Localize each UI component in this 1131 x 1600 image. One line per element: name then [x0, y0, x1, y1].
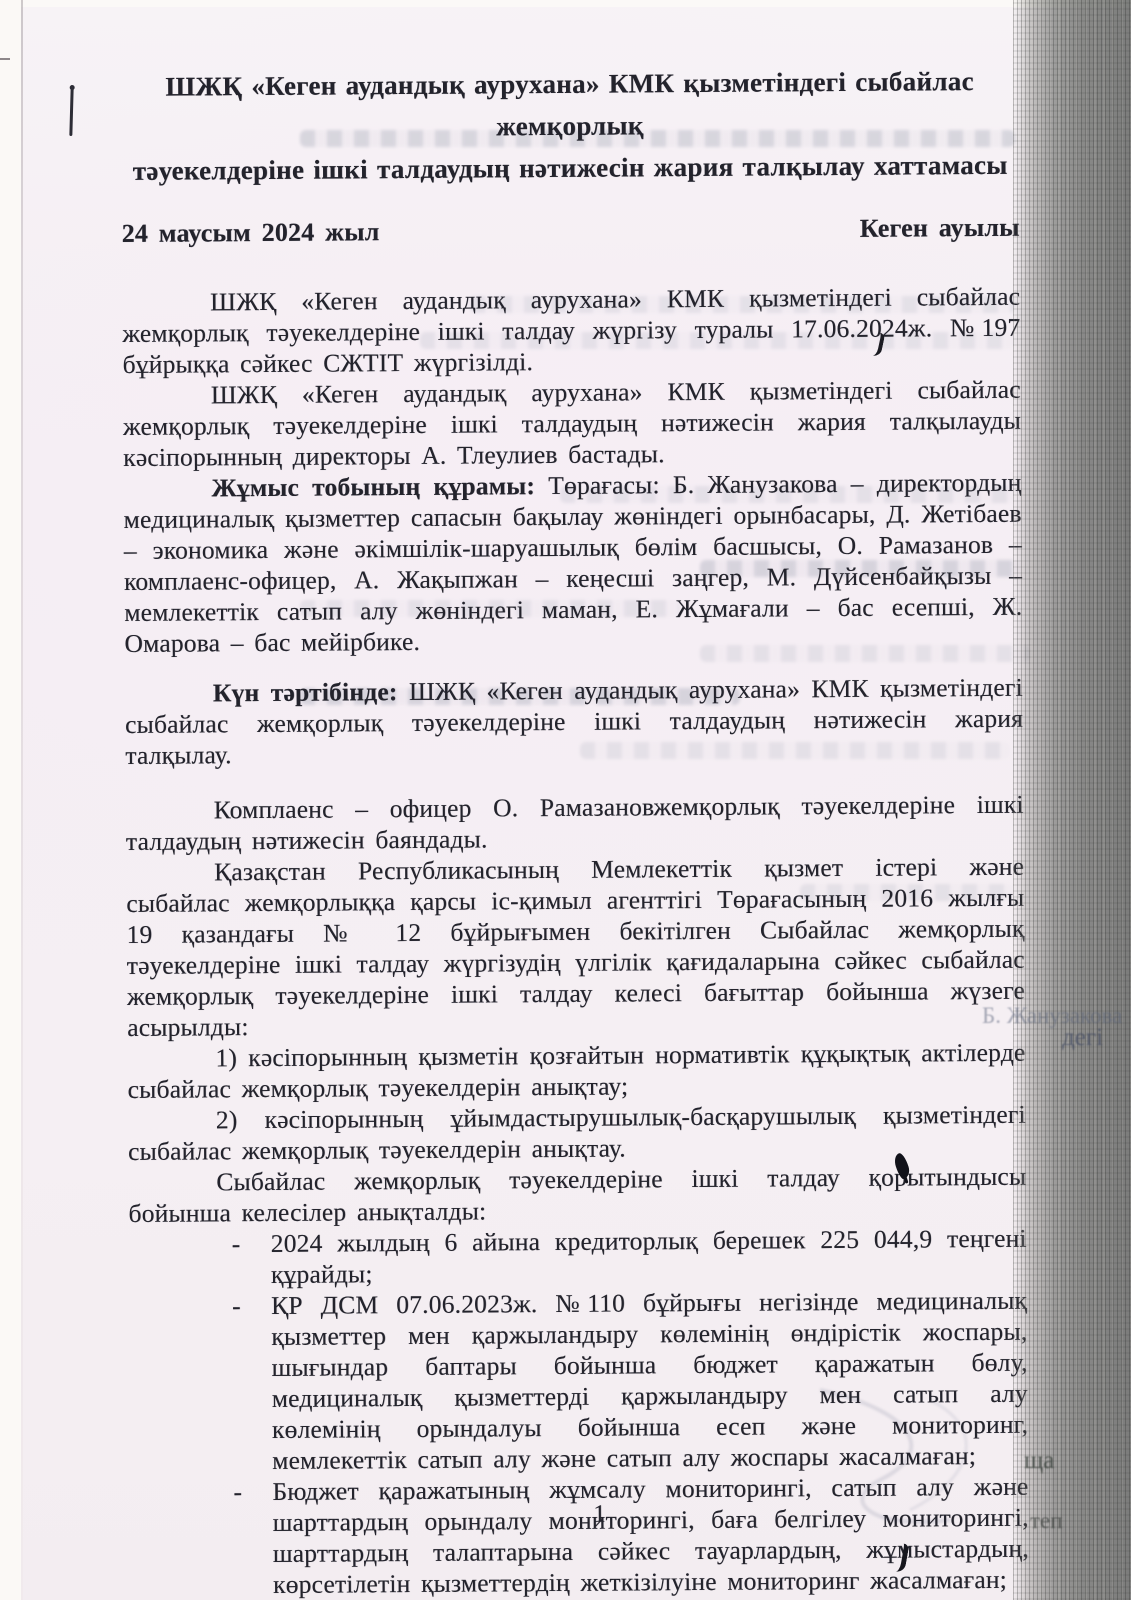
paragraph-text: Қазақстан Республикасының Мемлекеттік қы…: [126, 852, 1025, 1042]
title-line-1: ШЖҚ «Кеген аудандық аурухана» КМК қызмет…: [165, 66, 974, 141]
paragraph-order-basis: ШЖҚ «Кеген аудандық аурухана» КМК қызмет…: [122, 281, 1021, 380]
dash-marker: -: [232, 1228, 241, 1259]
title-line-2: тәуекелдеріне ішкі талдаудың нәтижесін ж…: [133, 150, 1008, 186]
numbered-item-text: 1) кәсіпорынның қызметін қозғайтын норма…: [128, 1038, 1026, 1104]
finding-item-3: -Бюджет қаражатының жұмсалу мониторингі,…: [130, 1471, 1029, 1600]
paragraph-findings-intro: Сыбайлас жемқорлық тәуекелдеріне ішкі та…: [128, 1161, 1026, 1229]
finding-text: 2024 жылдың 6 айына кредиторлық берешек …: [271, 1224, 1027, 1289]
edge-tick-mark: [0, 58, 10, 60]
finding-item-1: -2024 жылдың 6 айына кредиторлық берешек…: [129, 1223, 1027, 1291]
scanned-document-page: ШЖҚ «Кеген аудандық аурухана» КМК қызмет…: [0, 0, 1131, 1600]
finding-item-2: -ҚР ДСМ 07.06.2023ж. №110 бұйрығы негізі…: [129, 1285, 1028, 1477]
document-date: 24 маусым 2024 жыл: [122, 216, 380, 249]
document-place: Кеген ауылы: [860, 212, 1020, 244]
dateline: 24 маусым 2024 жыл Кеген ауылы: [122, 212, 1020, 249]
bleedthrough-text: теп: [1030, 1508, 1063, 1534]
paper-edge-line: [21, 0, 23, 1600]
paper-left-edge: [0, 0, 21, 1600]
document-content: ШЖҚ «Кеген аудандық аурухана» КМК қызмет…: [0, 0, 1131, 1600]
finding-text: ҚР ДСМ 07.06.2023ж. №110 бұйрығы негізін…: [271, 1286, 1028, 1475]
paragraph-opening: ШЖҚ «Кеген аудандық аурухана» КМК қызмет…: [123, 374, 1022, 473]
paragraph-text: ШЖҚ «Кеген аудандық аурухана» КМК қызмет…: [122, 282, 1020, 379]
paragraph-text: Комплаенс – офицер О. Рамазановжемқорлық…: [126, 790, 1024, 856]
paragraph-lead: Жұмыс тобының құрамы:: [211, 471, 535, 502]
numbered-item-1: 1) кәсіпорынның қызметін қозғайтын норма…: [127, 1037, 1025, 1105]
scanner-edge-band: [1013, 0, 1131, 1600]
document-title: ШЖҚ «Кеген аудандық аурухана» КМК қызмет…: [120, 60, 1019, 192]
scan-top-strip: [0, 0, 1131, 7]
paragraph-legal-basis: Қазақстан Республикасының Мемлекеттік қы…: [126, 851, 1025, 1043]
numbered-item-text: 2) кәсіпорынның ұйымдастырушылық-басқару…: [128, 1100, 1026, 1166]
numbered-item-2: 2) кәсіпорынның ұйымдастырушылық-басқару…: [128, 1099, 1026, 1167]
paragraph-working-group: Жұмыс тобының құрамы: Төрағасы: Б. Жануз…: [123, 467, 1022, 659]
paragraph-lead: Күн тәртібінде:: [213, 677, 398, 707]
finding-text: Бюджет қаражатының жұмсалу мониторингі, …: [272, 1472, 1029, 1599]
paragraph-agenda: Күн тәртібінде: ШЖҚ «Кеген аудандық ауру…: [125, 672, 1024, 771]
bleedthrough-text: ща: [1024, 1447, 1054, 1475]
paragraph-compliance-officer: Комплаенс – офицер О. Рамазановжемқорлық…: [126, 789, 1024, 857]
paragraph-text: Сыбайлас жемқорлық тәуекелдеріне ішкі та…: [128, 1162, 1026, 1228]
bleedthrough-text: дегі: [1062, 1024, 1103, 1052]
dash-marker: -: [232, 1290, 241, 1321]
page-number: 1: [150, 1496, 1048, 1533]
paragraph-text: ШЖҚ «Кеген аудандық аурухана» КМК қызмет…: [123, 375, 1021, 472]
